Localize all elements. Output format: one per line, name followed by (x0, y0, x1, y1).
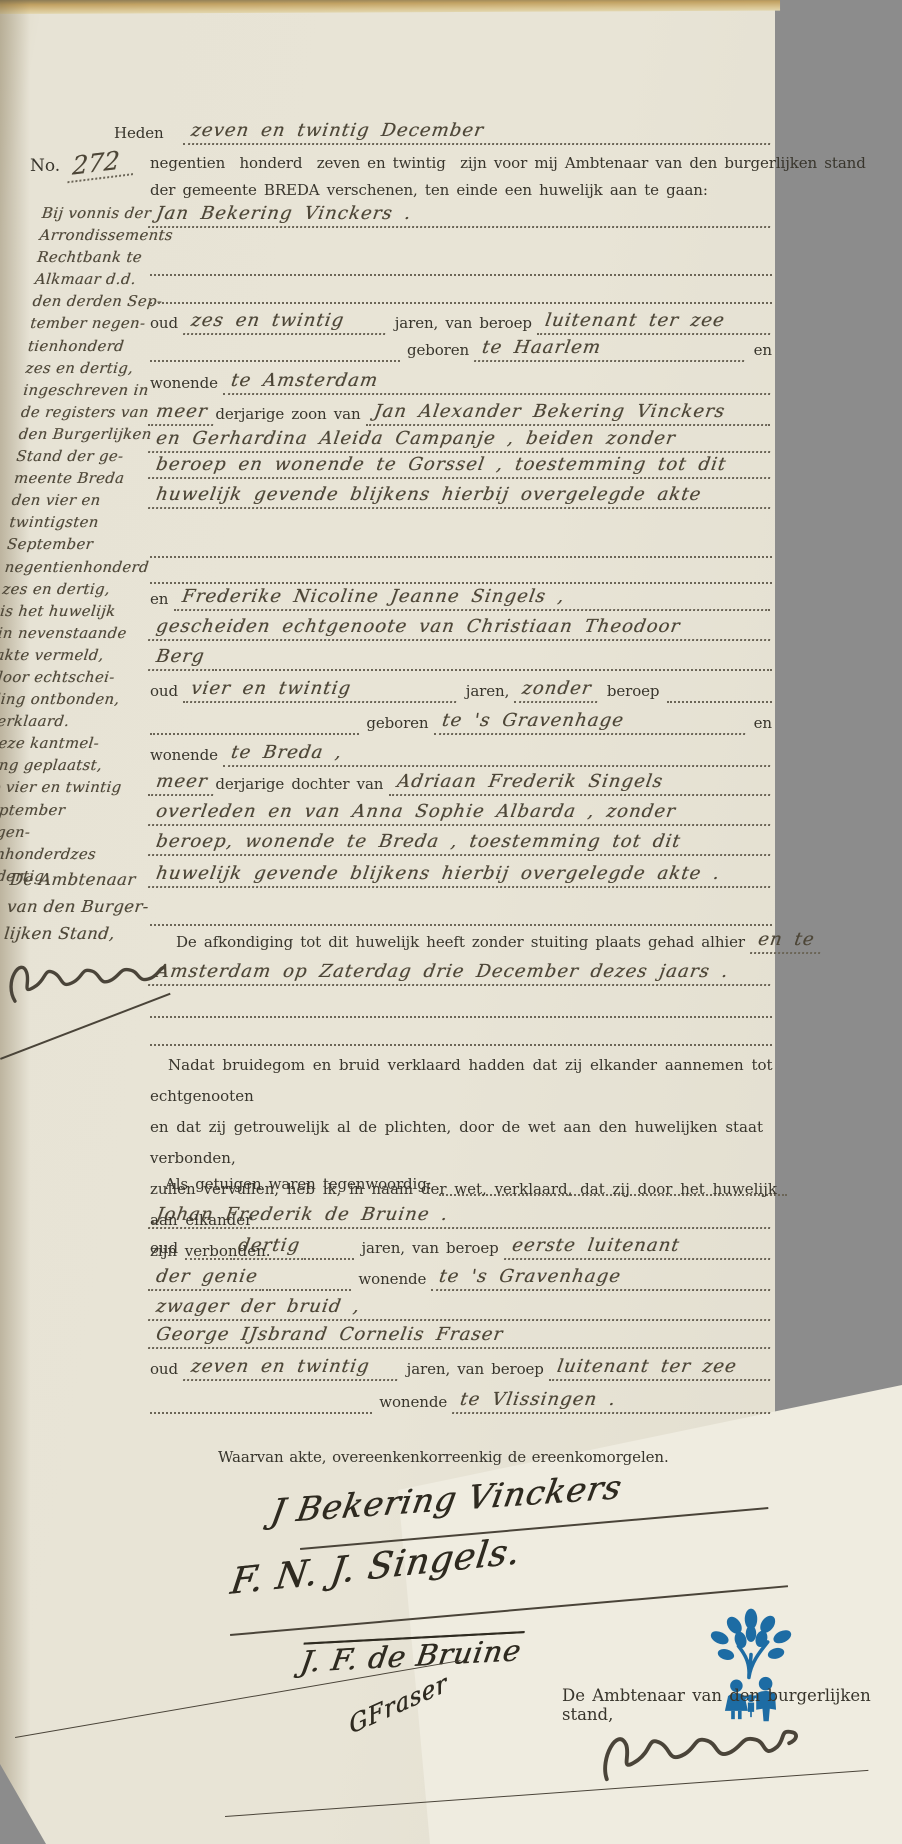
printed-text: wonende (150, 372, 225, 395)
form-line: Berg (150, 645, 772, 671)
dotted-rule (150, 709, 359, 735)
margin-note-line: Stand der ge- (15, 446, 159, 468)
dotted-rule (150, 532, 772, 558)
form-line: geboren te 's Gravenhage en (150, 709, 772, 735)
margin-note-line: negentienhonderd (4, 557, 148, 579)
handwritten-entry: zeven en twintig December (183, 119, 774, 145)
printed-text: negentien honderd zeven en twintig zijn … (150, 152, 866, 175)
form-line: Heden zeven en twintig December (114, 119, 772, 145)
printed-text: jaren, van beroep (388, 312, 539, 335)
printed-text: en (746, 712, 772, 735)
act-number-label: No. (30, 156, 60, 176)
form-line: oud zes en twintig jaren, van beroep lui… (150, 309, 772, 335)
printed-text: jaren, (459, 680, 517, 703)
handwritten-entry: zonder (514, 677, 601, 703)
form-line: beroep, wonende te Breda , toestemming t… (150, 830, 772, 856)
form-line: Jan Bekering Vinckers . (150, 202, 772, 228)
margin-note-line: akte vermeld, (0, 645, 139, 667)
form-line: meerderjarige dochter van Adriaan Freder… (150, 770, 772, 796)
handwritten-entry: Jan Alexander Bekering Vinckers (366, 400, 774, 426)
form-line (150, 1020, 772, 1046)
margin-registrar-signature (6, 948, 166, 1006)
form-line (150, 278, 772, 304)
handwritten-entry: Frederike Nicoline Jeanne Singels , (173, 585, 774, 611)
form-line: Waarvan akte, overeenkenkorreenkig de er… (218, 1443, 648, 1469)
handwritten-entry: te Amsterdam (223, 369, 774, 395)
declaration-line: Nadat bruidegom en bruid verklaard hadde… (150, 1050, 778, 1112)
form-line: overleden en van Anna Sophie Albarda , z… (150, 800, 772, 826)
form-line: en Frederike Nicoline Jeanne Singels , (150, 585, 772, 611)
handwritten-entry: Berg (148, 645, 215, 671)
dotted-rule (266, 1265, 352, 1291)
handwritten-entry: huwelijk gevende blijkens hierbij overge… (148, 483, 774, 509)
margin-officiant-line: De Ambtenaar (8, 866, 161, 893)
dotted-rule (212, 645, 772, 671)
handwritten-entry: huwelijk gevende blijkens hierbij overge… (148, 862, 774, 888)
printed-text: geboren (400, 339, 476, 362)
form-line: Amsterdam op Zaterdag drie December deze… (150, 960, 772, 986)
form-line: George IJsbrand Cornelis Fraser (150, 1323, 772, 1349)
printed-text: en (746, 339, 772, 362)
margin-note-line: zes en dertig, (1, 579, 145, 601)
handwritten-entry: te 's Gravenhage (431, 1265, 774, 1291)
margin-note-line: Arrondissements (38, 225, 182, 247)
handwritten-entry: zes en twintig (183, 309, 390, 335)
declaration-line: en dat zij getrouwelijk al de plichten, … (150, 1112, 778, 1174)
margin-note-line: op vier en twintig (0, 777, 125, 799)
margin-note-line: door echtschei- (0, 667, 136, 689)
margin-note-line: ding ontbonden, (0, 689, 134, 711)
printed-text: wonende (150, 744, 225, 767)
margin-note-line: Deze kantmel- (0, 733, 129, 755)
margin-note-line: zes en dertig, (24, 358, 168, 380)
printed-text: Heden (114, 122, 185, 145)
dotted-rule (150, 900, 772, 926)
handwritten-entry: beroep, wonende te Breda , toestemming t… (148, 830, 774, 856)
dotted-rule (150, 992, 772, 1018)
handwritten-entry: meer (148, 770, 218, 796)
handwritten-entry: Amsterdam op Zaterdag drie December deze… (148, 960, 774, 986)
handwritten-entry: overleden en van Anna Sophie Albarda , z… (148, 800, 774, 826)
margin-note-line: verklaard. (0, 711, 132, 733)
form-line (150, 900, 772, 926)
printed-text: geboren (359, 712, 435, 735)
printed-text: oud (150, 312, 185, 335)
handwritten-entry: en te (750, 928, 824, 954)
dotted-rule (150, 336, 400, 362)
margin-note-line: September (6, 534, 150, 556)
handwritten-entry: der genie (148, 1265, 268, 1291)
margin-note-line: ding geplaatst, (0, 755, 127, 777)
printed-text: wonende (351, 1268, 433, 1291)
form-line: huwelijk gevende blijkens hierbij overge… (150, 862, 772, 888)
margin-note-line: meente Breda (13, 468, 157, 490)
margin-note-line: den vier en (10, 490, 154, 512)
margin-officiant-line: lijken Stand, (3, 920, 156, 947)
declaration-paragraph: Nadat bruidegom en bruid verklaard hadde… (150, 1050, 778, 1267)
printed-text: en (150, 588, 176, 611)
handwritten-entry: luitenant ter zee (537, 309, 774, 335)
act-number: No. 272 (30, 148, 134, 179)
handwritten-entry: te Vlissingen . (452, 1388, 774, 1414)
margin-officiant-line: van den Burger- (6, 893, 159, 920)
declaration-line: zullen vervullen, heb ik, in naam der we… (150, 1174, 778, 1236)
form-line (150, 992, 772, 1018)
printed-text: De afkondiging tot dit huwelijk heeft zo… (176, 931, 752, 954)
handwritten-entry: te Breda , (223, 741, 774, 767)
form-line: meerderjarige zoon van Jan Alexander Bek… (150, 400, 772, 426)
form-line: De afkondiging tot dit huwelijk heeft zo… (150, 928, 798, 954)
form-line: zwager der bruid , (150, 1295, 772, 1321)
handwritten-entry: beroep en wonende te Gorssel , toestemmi… (148, 453, 774, 479)
form-line: der genie wonende te 's Gravenhage (150, 1265, 772, 1291)
printed-text: oud (150, 1358, 185, 1381)
form-line: gescheiden echtgenoote van Christiaan Th… (150, 615, 772, 641)
dotted-rule (150, 278, 772, 304)
handwritten-entry: te Haarlem (474, 336, 748, 362)
form-line: en Gerhardina Aleida Campanje , beiden z… (150, 427, 772, 453)
handwritten-entry: en Gerhardina Aleida Campanje , beiden z… (148, 427, 774, 453)
handwritten-entry: gescheiden echtgenoote van Christiaan Th… (148, 615, 774, 641)
form-line: negentien honderd zeven en twintig zijn … (150, 149, 772, 175)
form-line: wonende te Breda , (150, 741, 772, 767)
form-line: wonende te Amsterdam (150, 369, 772, 395)
document-scan: No. 272 Bij vonnis derArrondissementsRec… (0, 0, 902, 1844)
handwritten-entry: zeven en twintig (183, 1355, 401, 1381)
form-line (150, 532, 772, 558)
margin-officiant-block: De Ambtenaarvan den Burger-lijken Stand, (3, 866, 162, 947)
registrar-signature (525, 1712, 877, 1784)
printed-text: wonende (372, 1391, 454, 1414)
handwritten-entry: te 's Gravenhage (434, 709, 749, 735)
form-line: beroep en wonende te Gorssel , toestemmi… (150, 453, 772, 479)
form-line: geboren te Haarlem en (150, 336, 772, 362)
handwritten-entry: luitenant ter zee (549, 1355, 774, 1381)
margin-note-line: September negen- (0, 800, 122, 844)
margin-note-line: twintigsten (8, 512, 152, 534)
act-number-value: 272 (68, 144, 135, 183)
dotted-rule (150, 1388, 372, 1414)
margin-note-line: den Burgerlijken (17, 424, 161, 446)
dotted-rule (667, 677, 772, 703)
handwritten-entry: vier en twintig (183, 677, 461, 703)
handwritten-entry: Jan Bekering Vinckers . (148, 202, 774, 228)
dotted-rule (150, 558, 772, 584)
form-line (150, 558, 772, 584)
margin-note-line: ingeschreven in (22, 380, 166, 402)
handwritten-entry: George IJsbrand Cornelis Fraser (148, 1323, 774, 1349)
margin-note-line: in nevenstaande (0, 623, 141, 645)
form-line: huwelijk gevende blijkens hierbij overge… (150, 483, 772, 509)
printed-text: derjarige zoon van (215, 403, 367, 426)
printed-text: jaren, van beroep (399, 1358, 550, 1381)
handwritten-entry: meer (148, 400, 218, 426)
form-line: der gemeente BREDA verschenen, ten einde… (150, 176, 772, 202)
margin-note-line: tienhonderdzes (0, 844, 118, 866)
margin-note-line: is het huwelijk (0, 601, 143, 623)
form-line (150, 250, 772, 276)
printed-text: derjarige dochter van (215, 773, 390, 796)
printed-text: der gemeente BREDA verschenen, ten einde… (150, 179, 708, 202)
printed-text: beroep (600, 680, 667, 703)
declaration-line: zijn verbonden. (150, 1236, 778, 1267)
printed-text: Waarvan akte, overeenkenkorreenkig de er… (218, 1446, 669, 1469)
form-line: wonende te Vlissingen . (150, 1388, 772, 1414)
dotted-rule (150, 250, 772, 276)
form-line: oud vier en twintig jaren, zonder beroep (150, 677, 772, 703)
handwritten-entry: Adriaan Frederik Singels (388, 770, 774, 796)
form-line: oud zeven en twintig jaren, van beroep l… (150, 1355, 772, 1381)
margin-note-line: de registers van (20, 402, 164, 424)
handwritten-entry: zwager der bruid , (148, 1295, 774, 1321)
dotted-rule (150, 1020, 772, 1046)
printed-text: oud (150, 680, 185, 703)
